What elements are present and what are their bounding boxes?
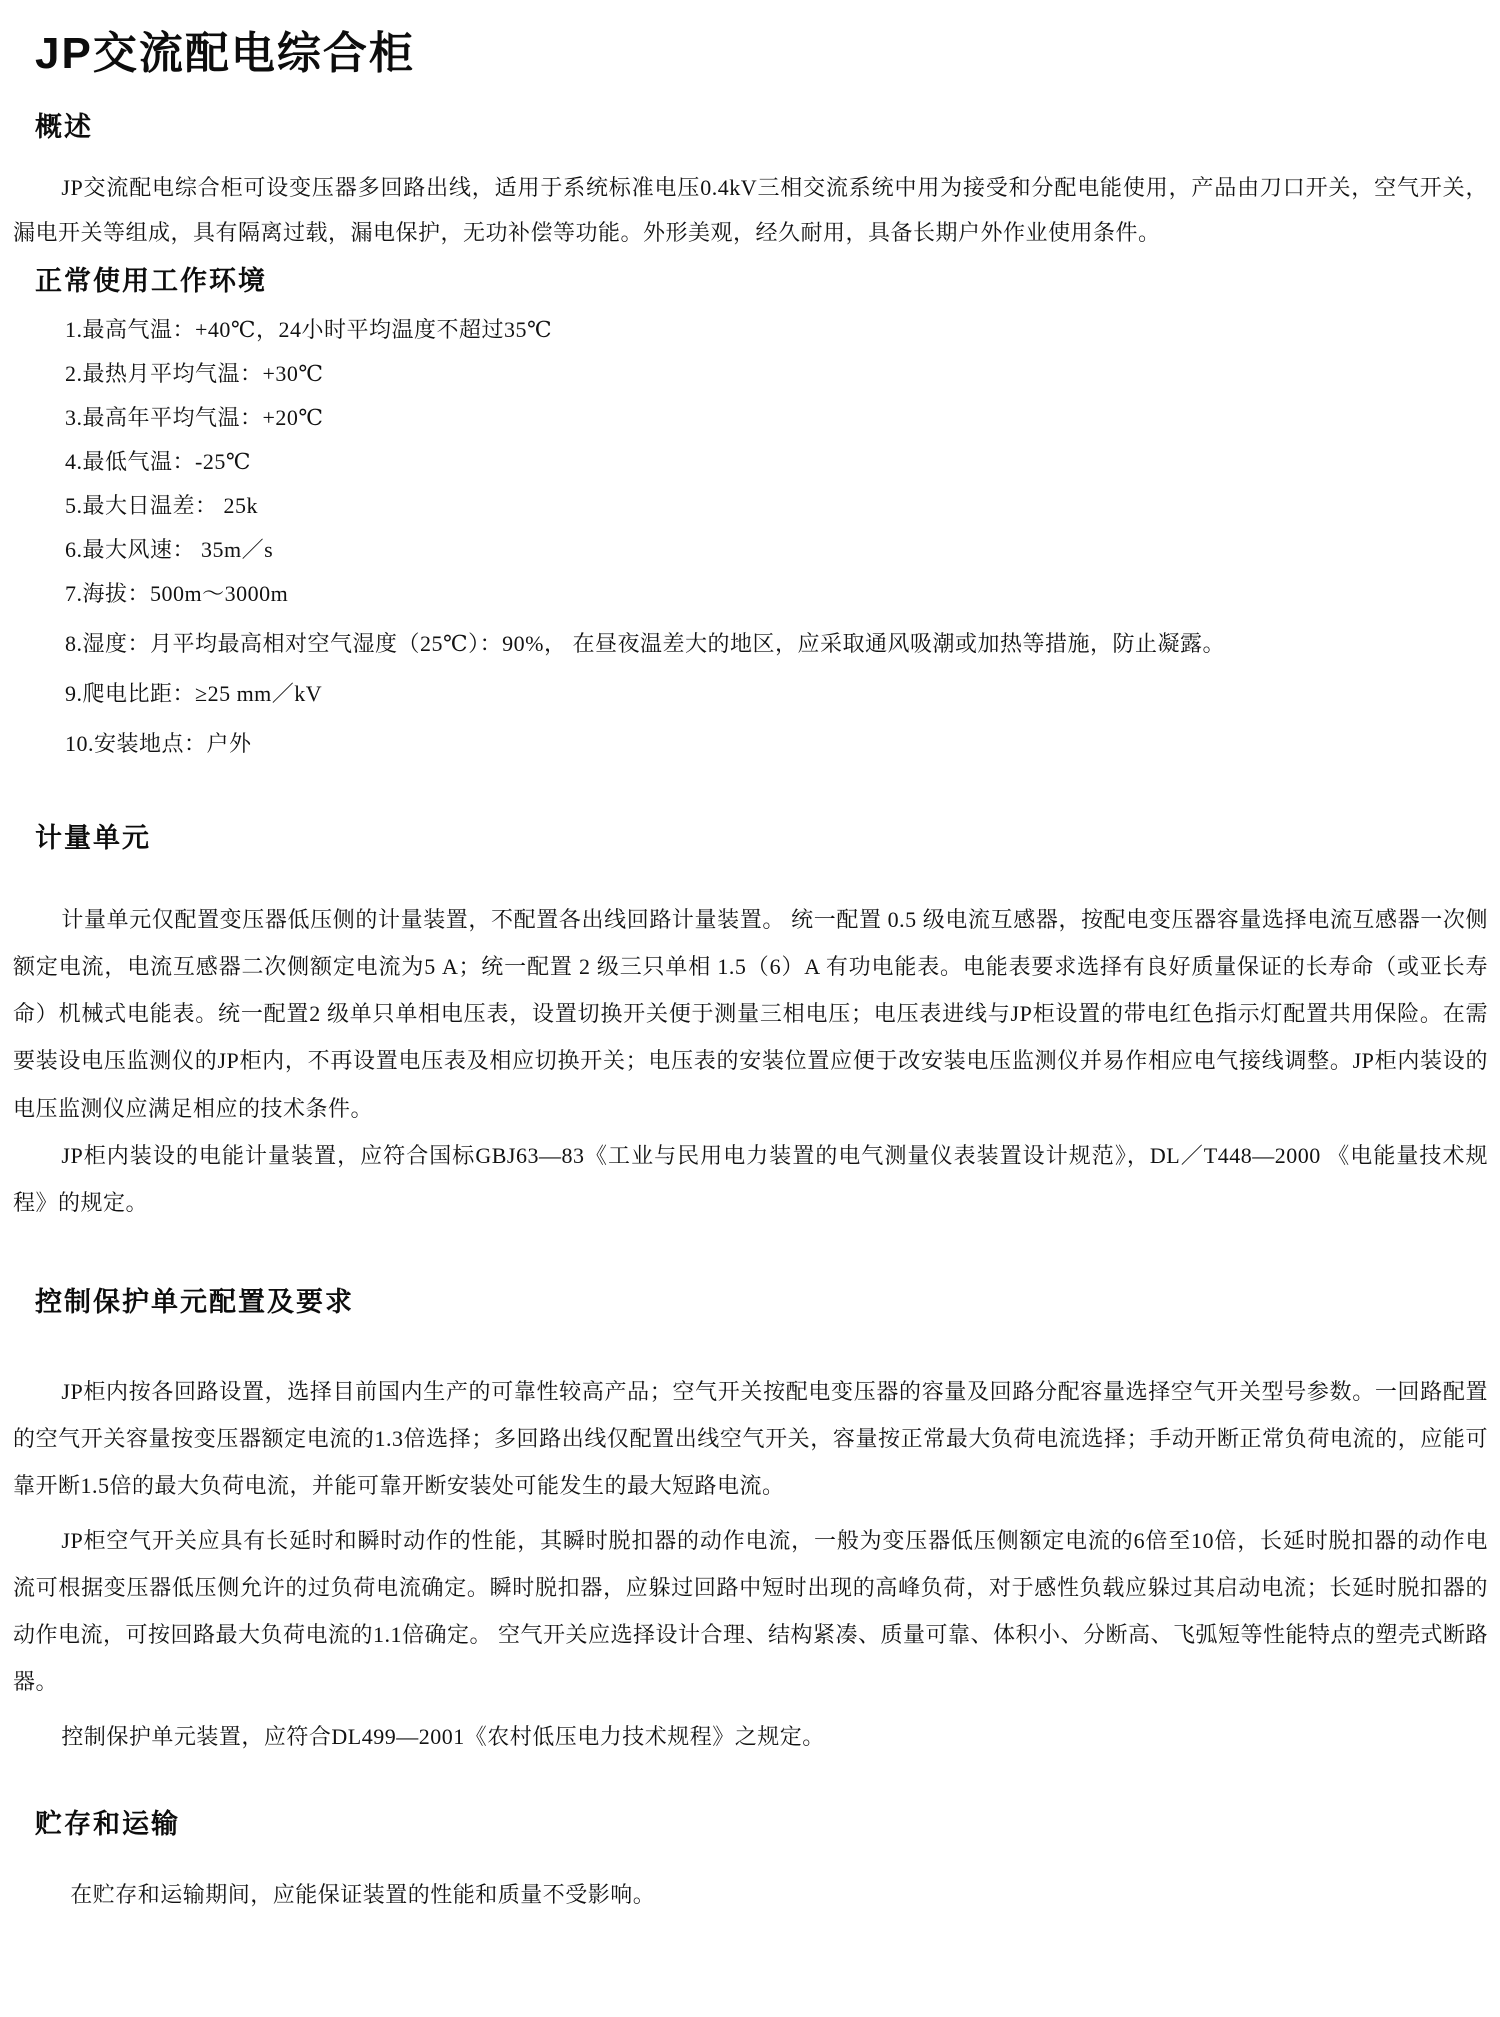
env-item-install-location: 10.安装地点：户外 xyxy=(65,722,1488,766)
overview-heading: 概述 xyxy=(35,111,1488,145)
storage-transport-paragraph: 在贮存和运输期间，应能保证装置的性能和质量不受影响。 xyxy=(13,1872,1488,1917)
control-paragraph-trip-characteristics: JP柜空气开关应具有长延时和瞬时动作的性能，其瞬时脱扣器的动作电流，一般为变压器… xyxy=(13,1517,1488,1705)
metering-paragraph-standards: JP柜内装设的电能计量装置，应符合国标GBJ63—83《工业与民用电力装置的电气… xyxy=(13,1132,1488,1226)
env-item-daily-range: 5.最大日温差： 25k xyxy=(65,484,1488,528)
section-storage-transport: 贮存和运输 在贮存和运输期间，应能保证装置的性能和质量不受影响。 xyxy=(13,1808,1488,1917)
env-item-creepage: 9.爬电比距：≥25 mm／kV xyxy=(65,672,1488,716)
metering-unit-heading: 计量单元 xyxy=(35,822,1488,856)
env-item-max-temperature: 1.最高气温：+40℃，24小时平均温度不超过35℃ xyxy=(65,308,1488,352)
env-item-max-wind-speed: 6.最大风速： 35m／s xyxy=(65,528,1488,572)
page-title: JP交流配电综合柜 xyxy=(35,28,1488,81)
section-overview: 概述 JP交流配电综合柜可设变压器多回路出线，适用于系统标准电压0.4kV三相交… xyxy=(13,111,1488,255)
control-paragraph-breaker-selection: JP柜内按各回路设置，选择目前国内生产的可靠性较高产品；空气开关按配电变压器的容… xyxy=(13,1368,1488,1509)
storage-transport-heading: 贮存和运输 xyxy=(35,1808,1488,1842)
env-item-altitude: 7.海拔：500m～3000m xyxy=(65,572,1488,616)
metering-paragraph-config: 计量单元仅配置变压器低压侧的计量装置，不配置各出线回路计量装置。 统一配置 0.… xyxy=(13,896,1488,1131)
control-paragraph-standard: 控制保护单元装置，应符合DL499—2001《农村低压电力技术规程》之规定。 xyxy=(13,1713,1488,1760)
environment-condition-list: 1.最高气温：+40℃，24小时平均温度不超过35℃ 2.最热月平均气温：+30… xyxy=(13,308,1488,766)
document-page: JP交流配电综合柜 概述 JP交流配电综合柜可设变压器多回路出线，适用于系统标准… xyxy=(0,0,1500,2017)
overview-paragraph: JP交流配电综合柜可设变压器多回路出线，适用于系统标准电压0.4kV三相交流系统… xyxy=(13,165,1488,255)
section-metering-unit: 计量单元 计量单元仅配置变压器低压侧的计量装置，不配置各出线回路计量装置。 统一… xyxy=(13,822,1488,1225)
control-protection-heading: 控制保护单元配置及要求 xyxy=(35,1286,1488,1320)
env-item-hottest-month-avg: 2.最热月平均气温：+30℃ xyxy=(65,352,1488,396)
env-item-min-temperature: 4.最低气温：-25℃ xyxy=(65,440,1488,484)
env-item-annual-avg: 3.最高年平均气温：+20℃ xyxy=(65,396,1488,440)
section-control-protection: 控制保护单元配置及要求 JP柜内按各回路设置，选择目前国内生产的可靠性较高产品；… xyxy=(13,1286,1488,1760)
env-item-humidity: 8.湿度：月平均最高相对空气湿度（25℃）：90%， 在昼夜温差大的地区，应采取… xyxy=(65,622,1488,666)
section-operating-environment: 正常使用工作环境 1.最高气温：+40℃，24小时平均温度不超过35℃ 2.最热… xyxy=(13,265,1488,767)
operating-environment-heading: 正常使用工作环境 xyxy=(35,265,1488,299)
